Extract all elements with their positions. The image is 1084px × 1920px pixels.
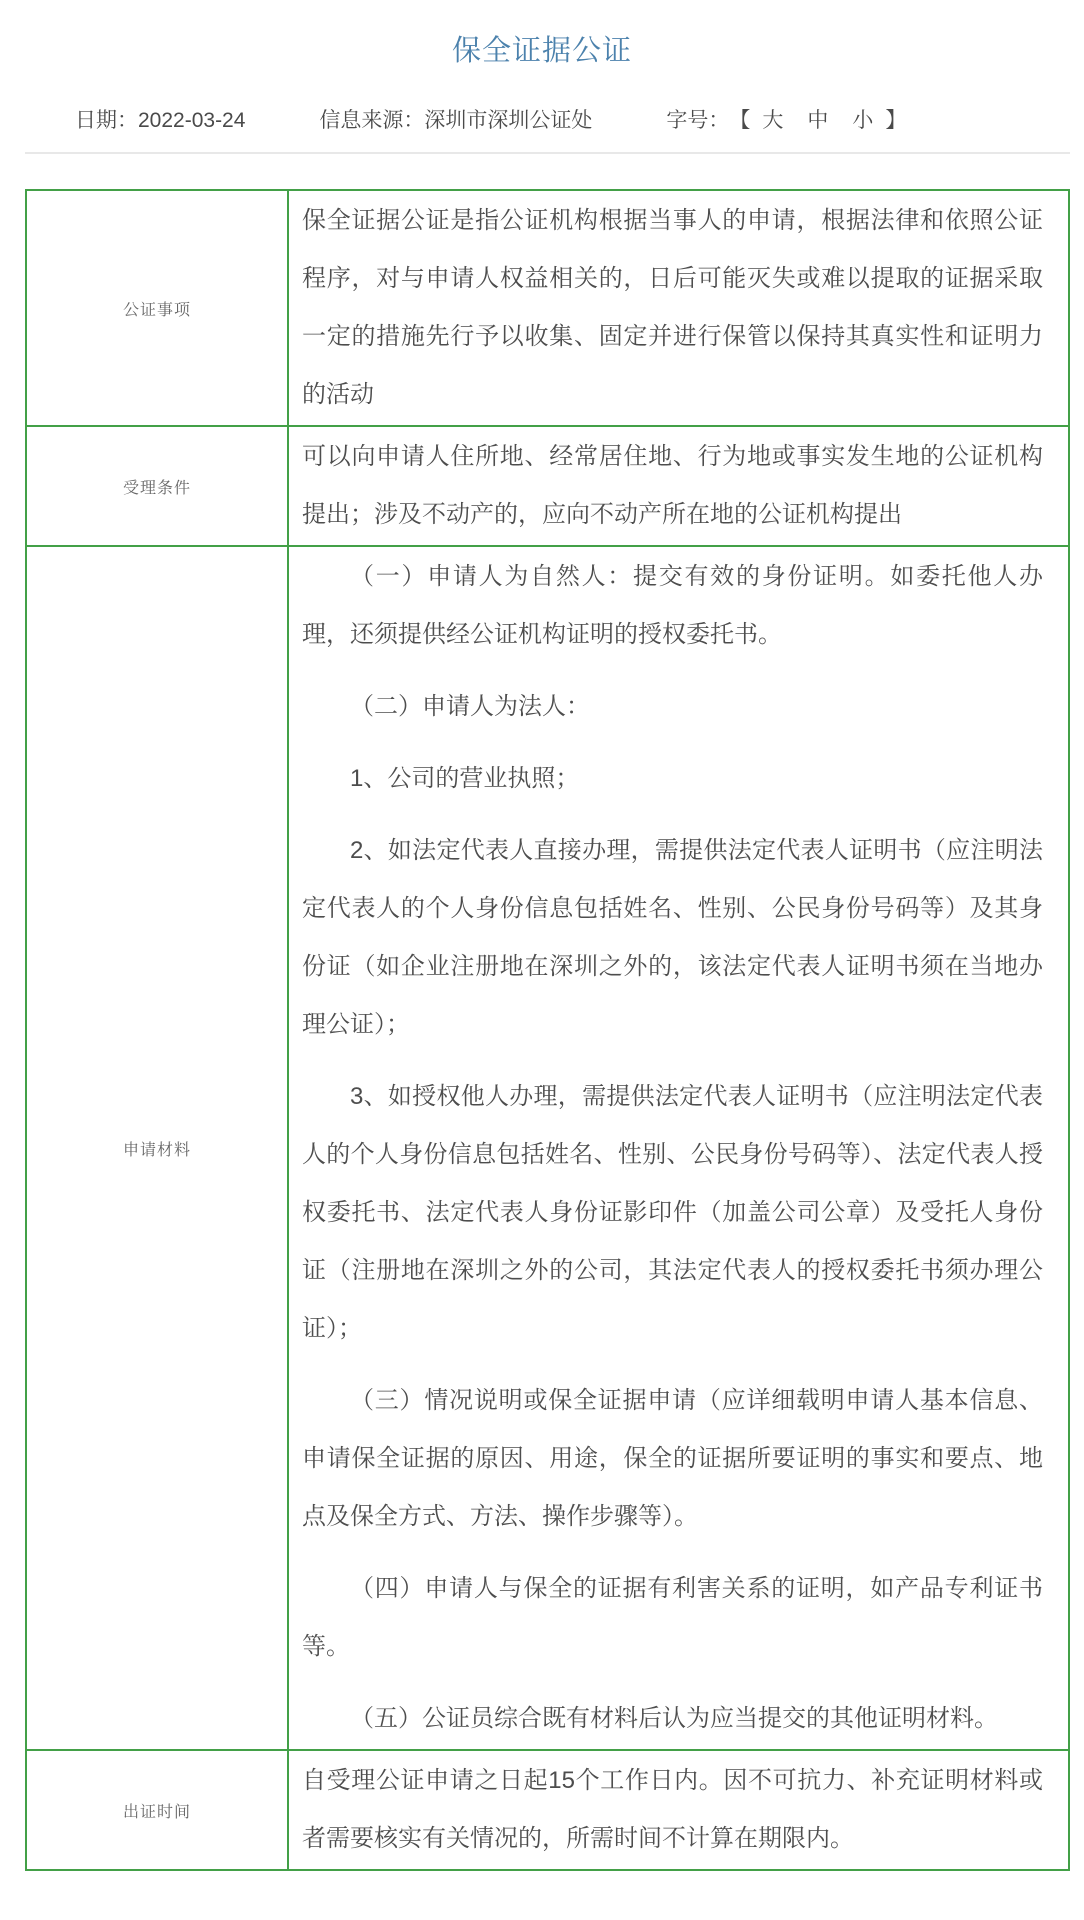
row-content-cell: 自受理公证申请之日起15个工作日内。因不可抗力、补充证明材料或者需要核实有关情况… [288, 1750, 1069, 1870]
fontsize-close-bracket: 】 [885, 108, 906, 134]
fontsize-control: 字号： 【 大 中 小 】 [666, 108, 906, 134]
row-header-cell: 申请材料 [26, 546, 288, 1750]
fontsize-label: 字号： [666, 108, 729, 134]
fontsize-large-button[interactable]: 大 [762, 108, 783, 134]
row-content-cell: 保全证据公证是指公证机构根据当事人的申请，根据法律和依照公证程序，对与申请人权益… [288, 190, 1069, 426]
table-row: 申请材料 （一）申请人为自然人：提交有效的身份证明。如委托他人办理，还须提供经公… [26, 546, 1069, 1750]
page-title: 保全证据公证 [0, 0, 1084, 68]
notary-info-table: 公证事项 保全证据公证是指公证机构根据当事人的申请，根据法律和依照公证程序，对与… [25, 189, 1070, 1871]
content-paragraph: 保全证据公证是指公证机构根据当事人的申请，根据法律和依照公证程序，对与申请人权益… [302, 192, 1043, 424]
fontsize-open-bracket: 【 [729, 108, 750, 134]
meta-row: 日期：2022-03-24 信息来源：深圳市深圳公证处 字号： 【 大 中 小 … [75, 108, 1084, 134]
info-source: 信息来源：深圳市深圳公证处 [319, 108, 592, 134]
content-paragraph: 自受理公证申请之日起15个工作日内。因不可抗力、补充证明材料或者需要核实有关情况… [302, 1752, 1043, 1868]
fontsize-medium-button[interactable]: 中 [807, 108, 828, 134]
publish-date: 日期：2022-03-24 [75, 108, 245, 134]
content-paragraph: （二）申请人为法人： [302, 678, 1043, 736]
content-paragraph: 2、如法定代表人直接办理，需提供法定代表人证明书（应注明法定代表人的个人身份信息… [302, 822, 1043, 1054]
content-paragraph: 可以向申请人住所地、经常居住地、行为地或事实发生地的公证机构提出；涉及不动产的，… [302, 428, 1043, 544]
content-paragraph: （五）公证员综合既有材料后认为应当提交的其他证明材料。 [302, 1690, 1043, 1748]
row-header-label: 公证事项 [123, 302, 191, 319]
table-row: 出证时间 自受理公证申请之日起15个工作日内。因不可抗力、补充证明材料或者需要核… [26, 1750, 1069, 1870]
fontsize-small-button[interactable]: 小 [852, 108, 873, 134]
row-header-cell: 公证事项 [26, 190, 288, 426]
row-header-label: 申请材料 [123, 1142, 191, 1159]
notary-document-page: 保全证据公证 日期：2022-03-24 信息来源：深圳市深圳公证处 字号： 【… [0, 0, 1084, 1920]
content-paragraph: （一）申请人为自然人：提交有效的身份证明。如委托他人办理，还须提供经公证机构证明… [302, 548, 1043, 664]
row-header-label: 出证时间 [123, 1804, 191, 1821]
table-row: 公证事项 保全证据公证是指公证机构根据当事人的申请，根据法律和依照公证程序，对与… [26, 190, 1069, 426]
row-content-cell: 可以向申请人住所地、经常居住地、行为地或事实发生地的公证机构提出；涉及不动产的，… [288, 426, 1069, 546]
row-header-cell: 受理条件 [26, 426, 288, 546]
row-content-cell: （一）申请人为自然人：提交有效的身份证明。如委托他人办理，还须提供经公证机构证明… [288, 546, 1069, 1750]
row-header-label: 受理条件 [123, 480, 191, 497]
header-divider [25, 152, 1070, 154]
content-paragraph: （四）申请人与保全的证据有利害关系的证明，如产品专利证书等。 [302, 1560, 1043, 1676]
content-paragraph: 1、公司的营业执照； [302, 750, 1043, 808]
content-paragraph: 3、如授权他人办理，需提供法定代表人证明书（应注明法定代表人的个人身份信息包括姓… [302, 1068, 1043, 1358]
content-paragraph: （三）情况说明或保全证据申请（应详细载明申请人基本信息、申请保全证据的原因、用途… [302, 1372, 1043, 1546]
row-header-cell: 出证时间 [26, 1750, 288, 1870]
table-row: 受理条件 可以向申请人住所地、经常居住地、行为地或事实发生地的公证机构提出；涉及… [26, 426, 1069, 546]
